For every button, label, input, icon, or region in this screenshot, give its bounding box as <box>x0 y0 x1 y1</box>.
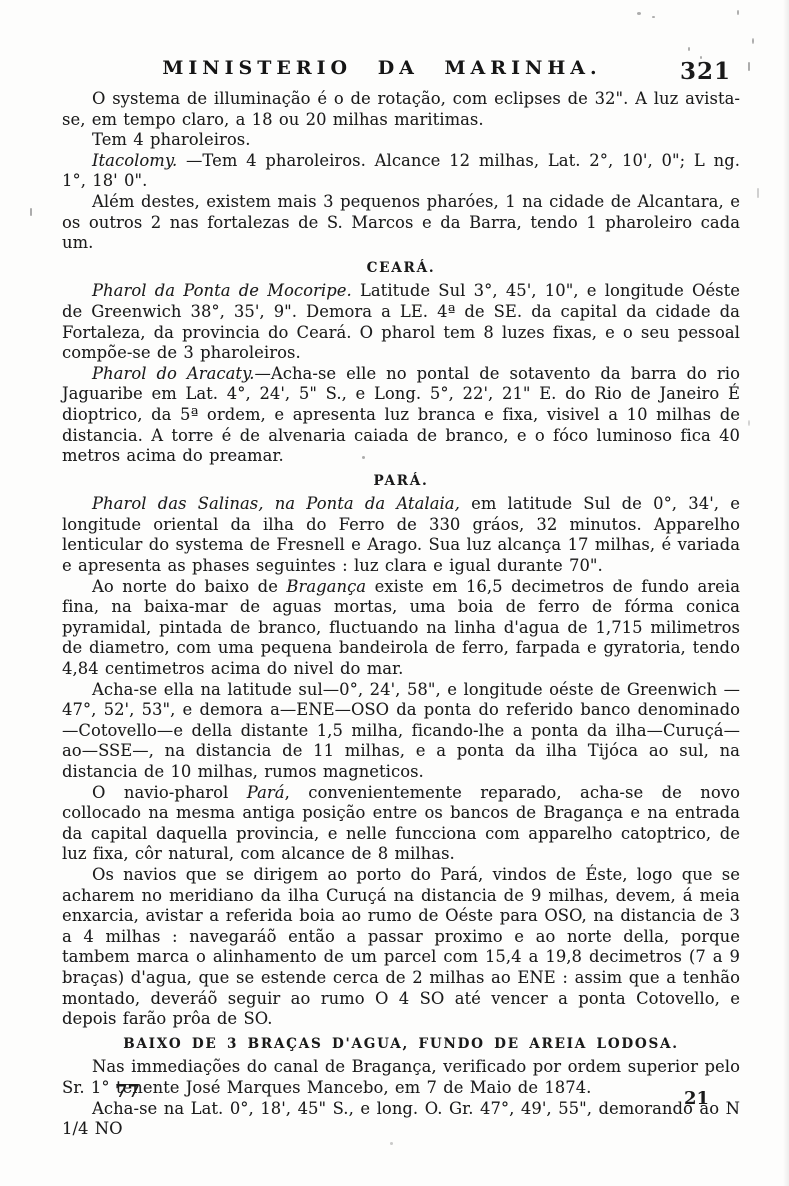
section-heading: BAIXO DE 3 BRAÇAS D'AGUA, FUNDO DE AREIA… <box>62 1034 740 1055</box>
text-run: Tem 4 pharoleiros. <box>92 130 251 149</box>
italic-text: Pharol do Aracaty. <box>92 364 255 383</box>
paragraph: Pharol do Aracaty.—Acha-se elle no ponta… <box>62 364 740 467</box>
scan-speck <box>652 16 655 18</box>
italic-text: Itacolomy. <box>92 151 177 170</box>
text-run: Os navios que se dirigem ao porto do Par… <box>62 865 740 1028</box>
page-edge-shadow <box>783 0 789 1186</box>
paragraph: Pharol da Ponta de Mocoripe. Latitude Su… <box>62 281 740 363</box>
page-number: 321 <box>680 58 731 85</box>
page-title: MINISTERIO DA MARINHA. <box>62 57 702 79</box>
paragraph: Os navios que se dirigem ao porto do Par… <box>62 865 740 1030</box>
paragraph: Pharol das Salinas, na Ponta da Atalaia,… <box>62 494 740 576</box>
scan-speck <box>390 1142 393 1145</box>
text-run: Nas immediações do canal de Bragança, ve… <box>62 1057 740 1097</box>
paragraph: Nas immediações do canal de Bragança, ve… <box>62 1057 740 1098</box>
text-run: Ao norte do baixo de <box>92 577 286 596</box>
paragraph: O systema de illuminação é o de rotação,… <box>62 89 740 130</box>
paragraph: Além destes, existem mais 3 pequenos pha… <box>62 192 740 254</box>
scan-speck <box>752 38 754 44</box>
paragraph: Acha-se na Lat. 0°, 18', 45" S., e long.… <box>62 1099 740 1140</box>
scan-speck <box>688 47 690 51</box>
paragraph: O navio-pharol Pará, convenientemente re… <box>62 783 740 865</box>
footer-right-number: 21 <box>684 1088 709 1109</box>
text-run: Além destes, existem mais 3 pequenos pha… <box>62 192 740 252</box>
italic-text: Pará <box>247 783 285 802</box>
section-heading: PARÁ. <box>62 471 740 492</box>
paragraph: Acha-se ella na latitude sul—0°, 24', 58… <box>62 680 740 783</box>
scan-speck <box>737 10 739 15</box>
scan-speck <box>757 188 759 198</box>
scan-speck <box>748 62 750 71</box>
paragraph: Itacolomy. —Tem 4 pharoleiros. Alcance 1… <box>62 151 740 192</box>
scan-speck <box>637 12 641 15</box>
text-run: O systema de illuminação é o de rotação,… <box>62 89 740 129</box>
footer-left-number: 77 <box>115 1081 140 1102</box>
scan-speck <box>30 208 32 216</box>
text-run: Acha-se ella na latitude sul—0°, 24', 58… <box>62 680 740 781</box>
section-heading: CEARÁ. <box>62 258 740 279</box>
italic-text: Pharol da Ponta de Mocoripe. <box>92 281 352 300</box>
page-body: O systema de illuminação é o de rotação,… <box>62 89 740 1140</box>
paragraph: Tem 4 pharoleiros. <box>62 130 740 151</box>
italic-text: Bragança <box>286 577 366 596</box>
text-run: O navio-pharol <box>92 783 247 802</box>
paragraph: Ao norte do baixo de Bragança existe em … <box>62 577 740 680</box>
text-run: Acha-se na Lat. 0°, 18', 45" S., e long.… <box>62 1099 740 1139</box>
page: MINISTERIO DA MARINHA. 321 O systema de … <box>0 0 789 1186</box>
scan-speck <box>748 420 750 426</box>
italic-text: Pharol das Salinas, na Ponta da Atalaia, <box>92 494 460 513</box>
